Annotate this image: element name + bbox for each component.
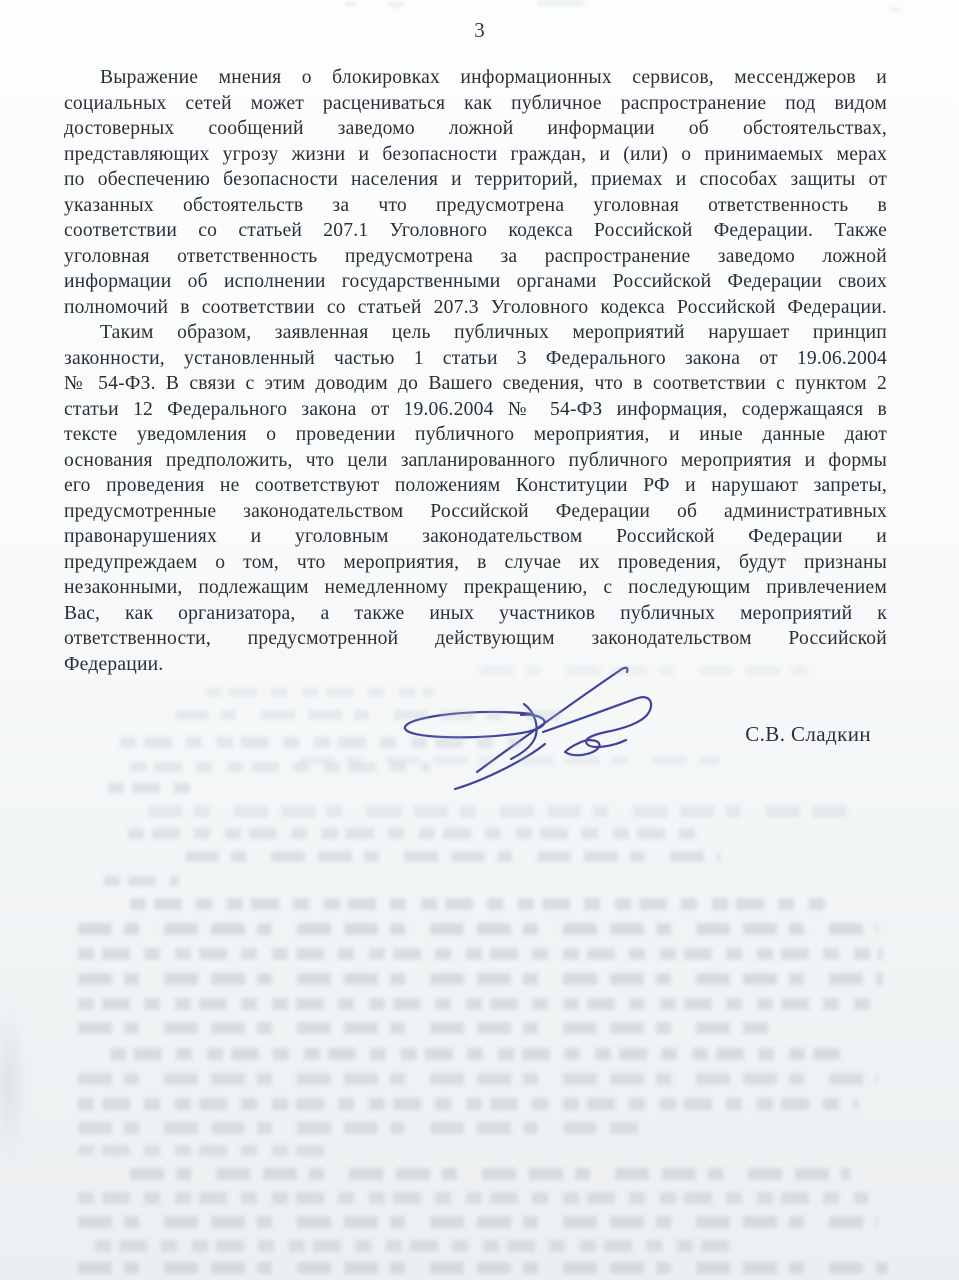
text-line: предусмотренные законодательством Россий… — [64, 499, 887, 525]
text-line: его проведения не соответствуют положени… — [64, 473, 887, 499]
bleed-line — [78, 973, 883, 985]
text-line: достоверных сообщений заведомо ложной ин… — [64, 116, 887, 142]
paragraph: Таким образом, заявленная цель публичных… — [64, 320, 887, 677]
text-line: основания предположить, что цели заплани… — [64, 448, 887, 474]
text-line: № 54-ФЗ. В связи с этим доводим до Вашег… — [64, 371, 887, 397]
bleed-line — [78, 1073, 878, 1085]
signer-name: С.В. Сладкин — [745, 722, 871, 747]
signature-icon — [393, 658, 661, 796]
scan-artifact — [538, 1, 584, 6]
bleed-line — [110, 1048, 840, 1060]
text-line: соответствии со статьей 207.1 Уголовного… — [64, 218, 887, 244]
scanned-letter-page: 3 Выражение мнения о блокировках информа… — [0, 0, 959, 1280]
scan-artifact — [0, 1000, 26, 1170]
bleed-line — [78, 1098, 858, 1110]
text-line: социальных сетей может расцениваться как… — [64, 91, 887, 117]
text-line: полномочий в соответствии со статьей 207… — [64, 295, 887, 321]
bleed-line — [78, 1262, 888, 1274]
bleed-line — [78, 923, 878, 935]
bleed-line — [95, 1240, 735, 1252]
text-line: Таким образом, заявленная цель публичных… — [64, 320, 887, 346]
bleed-line — [128, 828, 703, 839]
bleed-line — [108, 783, 193, 793]
bleed-line — [78, 1145, 338, 1156]
bleed-line — [78, 1192, 868, 1204]
letter-body: Выражение мнения о блокировках информаци… — [64, 65, 887, 677]
bleed-line — [78, 998, 878, 1010]
bleed-line — [130, 762, 430, 772]
text-line: ответственности, предусмотренной действу… — [64, 626, 887, 652]
bleed-line — [78, 1216, 878, 1228]
bleed-line — [130, 1168, 850, 1180]
text-line: тексте уведомления о проведении публично… — [64, 422, 887, 448]
text-line: Выражение мнения о блокировках информаци… — [64, 65, 887, 91]
text-line: указанных обстоятельств за что предусмот… — [64, 193, 887, 219]
text-line: правонарушениях и уголовным законодатель… — [64, 524, 887, 550]
text-line: информации об исполнении государственным… — [64, 269, 887, 295]
page-number: 3 — [0, 18, 959, 43]
scan-artifact — [345, 2, 357, 6]
scan-artifact — [388, 2, 404, 7]
paragraph: Выражение мнения о блокировках информаци… — [64, 65, 887, 320]
text-line: уголовная ответственность предусмотрена … — [64, 244, 887, 270]
bleed-line — [104, 876, 179, 886]
text-line: представляющих угрозу жизни и безопаснос… — [64, 142, 887, 168]
text-line: Вас, как организатора, а также иных учас… — [64, 601, 887, 627]
text-line: незаконными, подлежащим немедленному пре… — [64, 575, 887, 601]
bleed-line — [78, 1122, 638, 1134]
bleed-line — [78, 948, 883, 960]
bleed-line — [185, 851, 720, 862]
text-line: законности, установленный частью 1 стать… — [64, 346, 887, 372]
text-line: статьи 12 Федерального закона от 19.06.2… — [64, 397, 887, 423]
scan-artifact — [890, 8, 900, 12]
bleed-line — [148, 806, 848, 817]
text-line: предупреждаем о том, что мероприятия, в … — [64, 550, 887, 576]
bleed-line — [78, 1022, 768, 1034]
bleed-line — [130, 898, 830, 910]
text-line: по обеспечению безопасности населения и … — [64, 167, 887, 193]
